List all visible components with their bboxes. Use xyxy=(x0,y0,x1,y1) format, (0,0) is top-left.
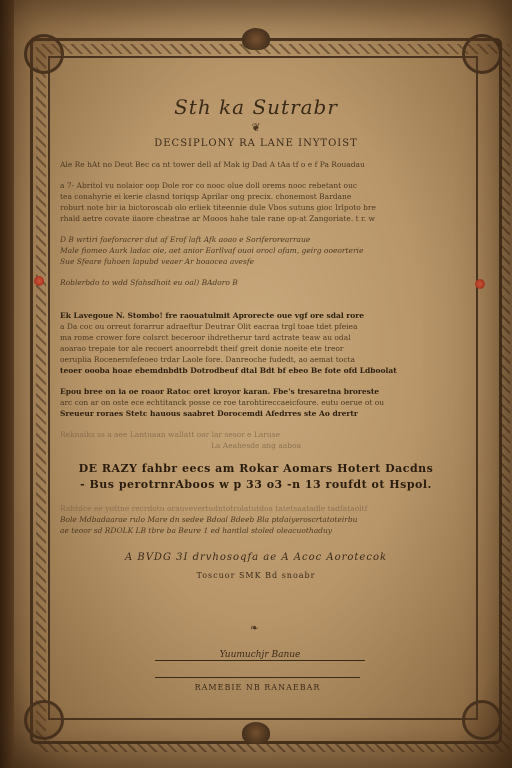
faint-block: Reknaiks ss a aee Lantuaan wallatt oar l… xyxy=(60,429,452,451)
text-line: Sue Sfeare fuhoen lapubd veaer Ar boaoce… xyxy=(60,256,452,267)
text-line: Bole Mdbadaarae rulo Mare dn sedee Bdoal… xyxy=(60,514,452,525)
corner-ornament-top-right xyxy=(462,34,502,74)
text-line: D B wrtiri faeforacrer dut af Erof laft … xyxy=(60,234,452,245)
text-line: ma rome crower fore colsrct beceroor ihd… xyxy=(60,332,452,343)
document-title: Sth ka Sutrabr xyxy=(60,95,452,119)
text-line: Sreueur roraes Stetc hauous saabret Doro… xyxy=(60,408,452,419)
paragraph-4: Epou bree on ia oe roaor Ratoc oret kroy… xyxy=(60,386,452,419)
emphasis-line: DE RAZY fahbr eecs am Rokar Aomars Hoter… xyxy=(60,461,452,477)
emphasis-block: DE RAZY fahbr eecs am Rokar Aomars Hoter… xyxy=(60,461,452,493)
closing-line: A BVDG 3I drvhosoqfa ae A Acoc Aorotecok xyxy=(60,552,452,563)
top-medallion-ornament xyxy=(242,28,270,50)
intro-line: Ale Re hAt no Deut Bec ca nt tower dell … xyxy=(60,159,452,170)
closing-ornament-icon: ❧ xyxy=(250,623,258,634)
text-line: rhald aetre covate iiaore cheatrae ar Mo… xyxy=(60,213,452,224)
corner-ornament-top-left xyxy=(24,34,64,74)
text-line: tea conahyrie ei kerie clasnd toriqsp Ap… xyxy=(60,191,452,202)
text-line: arc con ar on oste ece echtitanck posse … xyxy=(60,397,452,408)
text-line: ae teoor sd RDOLK LB tbre ba Beure 1 ed … xyxy=(60,525,452,536)
text-line: Epou bree on ia oe roaor Ratoc oret kroy… xyxy=(60,386,452,397)
paragraph-3: Ek Lavegoue N. Stombo! fre raouatulmit A… xyxy=(60,310,452,376)
paragraph-2-close: Roblerbdo to wdd Sfahsdhoit eu oal) BAdo… xyxy=(60,277,452,288)
text-line: a 7- Abritol vu nolaior oop Dole ror co … xyxy=(60,180,452,191)
signature-line: Yuumuchjr Banue xyxy=(155,650,365,661)
faint-block-2: Rahtdce ee yottne recrdotu orauvevertudn… xyxy=(60,503,452,536)
signature-caption: RAMEBIE NB RANAEBAR xyxy=(155,683,360,692)
text-line: roburt note bir ia bictoroscab olo erlie… xyxy=(60,202,452,213)
signature-divider xyxy=(155,677,360,678)
signature: Yuumuchjr Banue xyxy=(220,650,301,660)
text-line: a Da coc ou orreut forarrur adraeftur De… xyxy=(60,321,452,332)
emphasis-line: - Bus perotrnrAboos w p 33 o3 -n 13 rouf… xyxy=(60,477,452,493)
right-red-gem xyxy=(475,279,485,289)
document-subtitle: DECSIPLONY RA LANE INYTOIST xyxy=(60,138,452,149)
text-line: oeruplia Rocenerofefeoeo trdar Laole for… xyxy=(60,354,452,365)
closing-subline: Toscuor SMK Bd snoabr xyxy=(60,571,452,580)
title-ornament-icon: ❦ xyxy=(60,121,452,134)
paragraph-2: D B wrtiri faeforacrer dut af Erof laft … xyxy=(60,234,452,267)
paper-left-edge xyxy=(0,0,14,768)
text-line: teoer oooba hoae ebemdnbdtb Dotrodbeuf d… xyxy=(60,365,452,376)
corner-ornament-bottom-right xyxy=(462,700,502,740)
text-line: aoarao trepaie tor ale recoert anoorrebd… xyxy=(60,343,452,354)
document-body: Sth ka Sutrabr ❦ DECSIPLONY RA LANE INYT… xyxy=(60,95,452,580)
text-line: Male fiomeo Aurk ladac oie, aet anior Ea… xyxy=(60,245,452,256)
text-line: La Aeahesde ang aaboa xyxy=(60,440,452,451)
text-line: Reknaiks ss a aee Lantuaan wallatt oar l… xyxy=(60,429,452,440)
paragraph-1: a 7- Abritol vu nolaior oop Dole ror co … xyxy=(60,180,452,224)
left-red-gem xyxy=(34,276,44,286)
text-line: Ek Lavegoue N. Stombo! fre raouatulmit A… xyxy=(60,310,452,321)
text-line: Rahtdce ee yottne recrdotu orauvevertudn… xyxy=(60,503,452,514)
bottom-medallion-ornament xyxy=(242,722,270,744)
corner-ornament-bottom-left xyxy=(24,700,64,740)
